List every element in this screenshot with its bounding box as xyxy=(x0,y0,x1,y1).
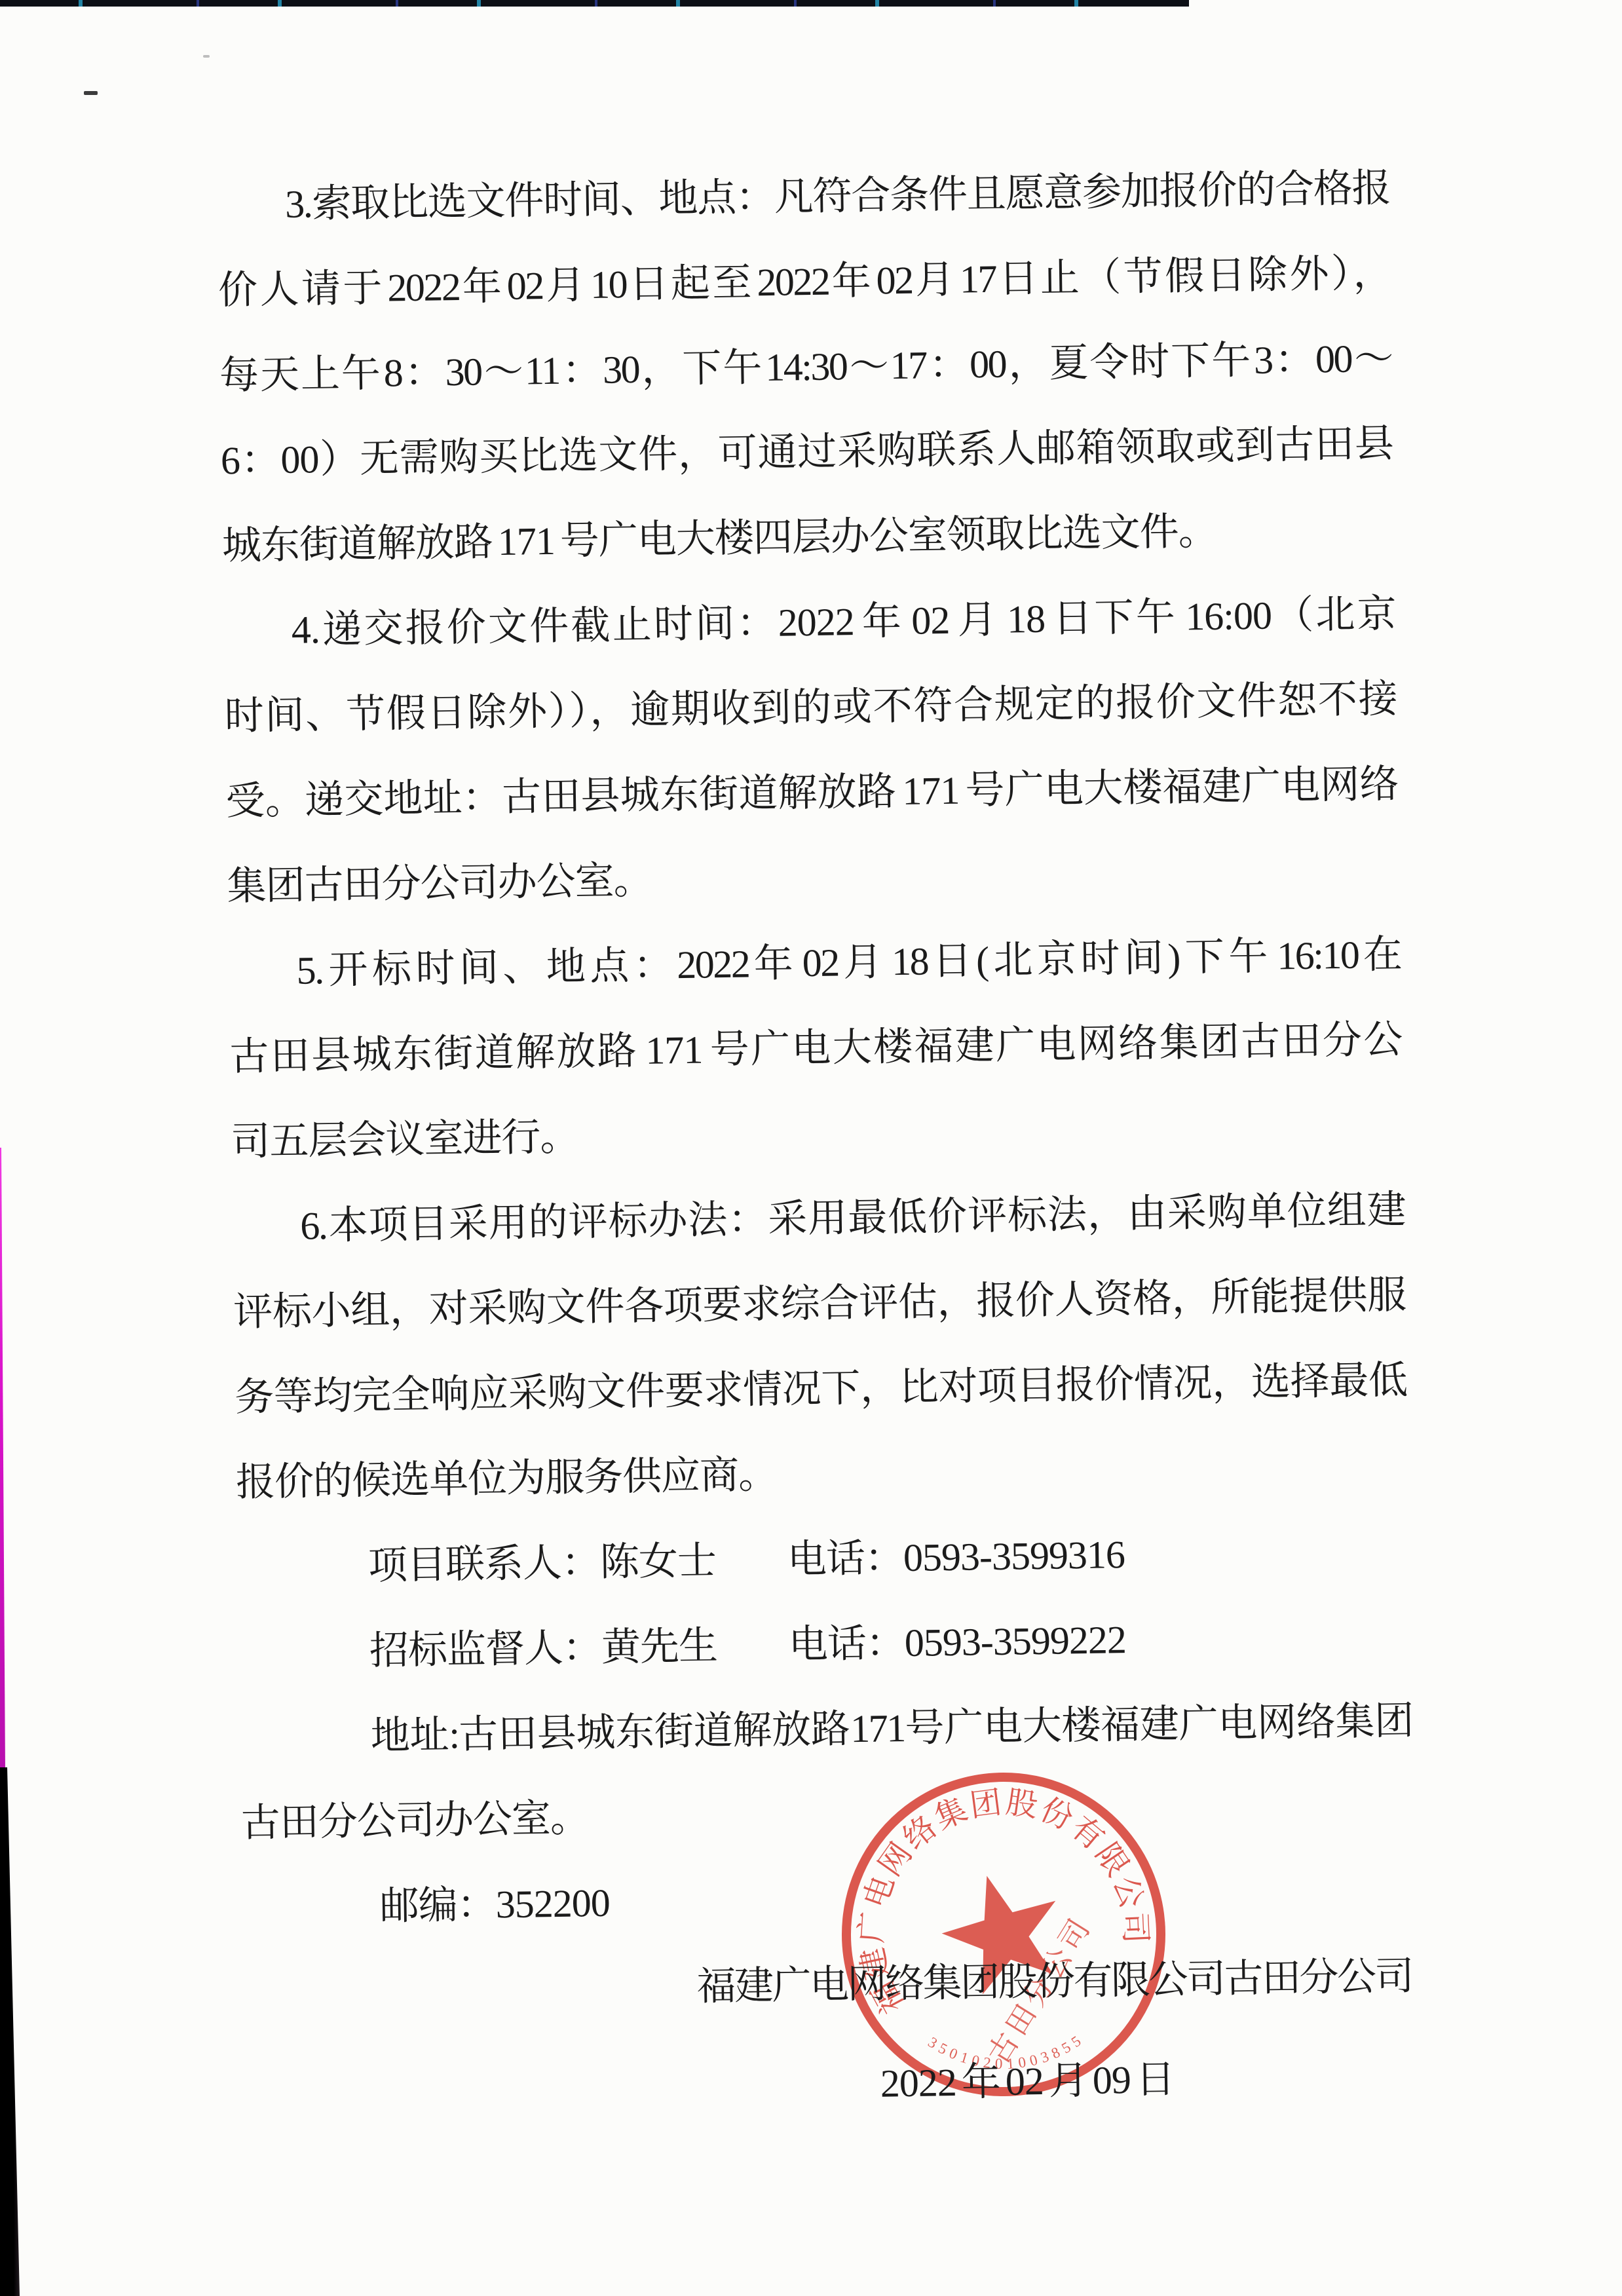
supervisor-contact-phone: 电话：0593-3599222 xyxy=(788,1618,1126,1666)
supervisor-contact-name: 招标监督人：黄先生 xyxy=(369,1602,789,1693)
signature-company: 福建广电网络集团股份有限公司古田分公司 xyxy=(243,1934,1417,2037)
project-contact-phone: 电话：0593-3599316 xyxy=(787,1533,1125,1581)
doc-line-11: 古田县城东街道解放路 171 号广电大楼福建广电网络集团古田分公 xyxy=(229,997,1403,1100)
doc-line-15: 务等均完全响应采购文件要求情况下，比对项目报价情况，选择最低 xyxy=(234,1338,1408,1440)
document-page: 福建广电网络集团股份有限公司 35010201003855 古田分公司 3.索取… xyxy=(0,0,1622,2296)
document-body: 3.索取比选文件时间、地点：凡符合条件且愿意参加报价的合格报 价人请于 2022… xyxy=(216,145,1418,2136)
signature-date: 2022 年 02 月 09 日 xyxy=(244,2033,1418,2136)
doc-line-4: 6：00）无需购买比选文件，可通过采购联系人邮箱领取或到古田县 xyxy=(220,401,1394,504)
scan-left-edge-black-artifact xyxy=(0,1767,20,2296)
doc-line-8: 受。递交地址：古田县城东街道解放路 171 号广电大楼福建广电网络 xyxy=(225,742,1399,844)
scan-speck xyxy=(203,55,210,58)
project-contact-name: 项目联系人：陈女士 xyxy=(368,1517,788,1608)
address-line-1: 地址: 古田县城东街道解放路 171 号广电大楼福建广电网络集团 xyxy=(239,1678,1413,1781)
scan-top-edge-artifact xyxy=(0,0,1189,7)
scan-left-edge-magenta-artifact xyxy=(0,1148,5,1770)
scan-speck xyxy=(84,91,98,95)
